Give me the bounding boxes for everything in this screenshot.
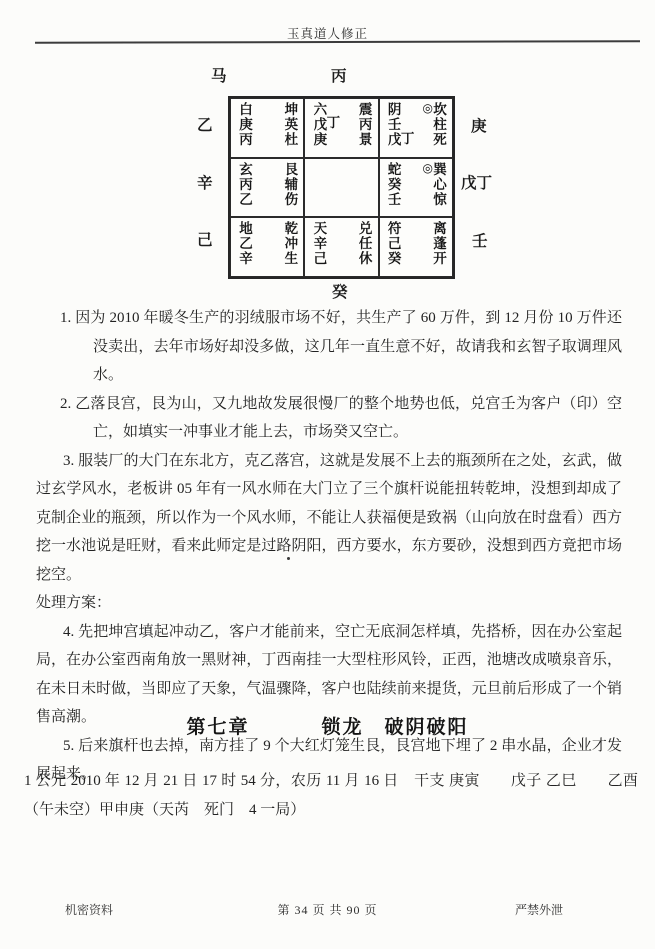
- grid-cell-se: 符己癸 离蓬开: [379, 217, 453, 277]
- cell-right-column: 坎柱死: [431, 102, 445, 147]
- qimen-grid: 白庚丙 坤英杜 六戊庚 丁 震丙景 阴壬戊 丁 ◎ 坎柱死: [228, 96, 455, 279]
- grid-cell-e: 蛇癸壬 ◎ 巽心惊: [379, 158, 453, 218]
- grid-cell-nw: 白庚丙 坤英杜: [230, 98, 304, 158]
- chapter-number: 第七章: [186, 712, 249, 739]
- outer-label-top-left: 马: [211, 64, 227, 86]
- cell-left-column: 天辛己: [311, 221, 325, 266]
- cell-right-column: 离蓬开: [431, 221, 445, 266]
- grid-cell-ne: 阴壬戊 丁 ◎ 坎柱死: [379, 98, 453, 158]
- outer-label-top-center: 丙: [331, 64, 347, 86]
- chapter-heading: 第七章 锁龙 破阴破阳: [0, 712, 655, 739]
- cell-extra-stem: 丁: [399, 131, 413, 146]
- grid-cell-sw: 地乙辛 乾冲生: [230, 217, 304, 277]
- outer-label-bottom-center: 癸: [332, 280, 348, 302]
- outer-label-right-bottom: 壬: [472, 229, 488, 251]
- cell-right-column: 震丙景: [357, 102, 371, 147]
- cell-extra-stem: 丁: [324, 115, 338, 130]
- cell-left-column: 符己癸: [386, 221, 400, 266]
- scanned-document-page: 玉真道人修正 马 丙 乙 辛 己 庚 戊丁 壬 癸 白庚丙 坤英杜 六戊庚 丁 …: [0, 0, 655, 949]
- grid-cell-s: 天辛己 兑任休: [304, 217, 378, 277]
- cell-right-column: 巽心惊: [431, 162, 445, 207]
- solution-label: 处理方案：: [36, 589, 622, 618]
- grid-cell-w: 玄丙乙 艮辅伤: [230, 158, 304, 218]
- paragraph-2: 2. 乙落艮宫，艮为山，又九地故发展很慢厂的整个地势也低，兑宫壬为客户（印）空亡…: [93, 390, 622, 447]
- case-data-line: 1 公元 2010 年 12 月 21 日 17 时 54 分，农历 11 月 …: [24, 767, 638, 825]
- paragraph-3: 3. 服装厂的大门在东北方，克乙落宫，这就是发展不上去的瓶颈所在之处，玄武，做过…: [36, 447, 622, 590]
- outer-label-right-middle: 戊丁: [461, 171, 492, 193]
- cell-right-column: 坤英杜: [282, 102, 296, 147]
- outer-label-left-bottom: 己: [197, 228, 213, 250]
- cell-left-column: 蛇癸壬: [386, 162, 400, 207]
- cell-left-column: 地乙辛: [237, 221, 251, 266]
- chapter-title: 锁龙 破阴破阳: [322, 712, 469, 739]
- outer-label-left-top: 乙: [197, 113, 213, 135]
- cell-right-column: 艮辅伤: [282, 162, 296, 207]
- cell-right-column: 乾冲生: [282, 221, 296, 266]
- qimen-chart: 马 丙 乙 辛 己 庚 戊丁 壬 癸 白庚丙 坤英杜 六戊庚 丁 震丙景 阴壬戊: [0, 0, 655, 300]
- cell-left-column: 白庚丙: [237, 102, 251, 147]
- grid-cell-n: 六戊庚 丁 震丙景: [304, 98, 378, 158]
- outer-label-left-middle: 辛: [197, 171, 213, 193]
- footer-no-leak-label: 严禁外泄: [515, 901, 563, 918]
- cell-right-column: 兑任休: [357, 221, 371, 266]
- grid-cell-center: [304, 158, 378, 218]
- cell-left-column: 阴壬戊: [386, 102, 400, 147]
- outer-label-right-top: 庚: [471, 114, 487, 136]
- cell-left-column: 玄丙乙: [237, 162, 251, 207]
- paragraph-1: 1. 因为 2010 年暖冬生产的羽绒服市场不好，共生产了 60 万件，到 12…: [93, 304, 622, 390]
- scan-noise-dot: [287, 557, 290, 560]
